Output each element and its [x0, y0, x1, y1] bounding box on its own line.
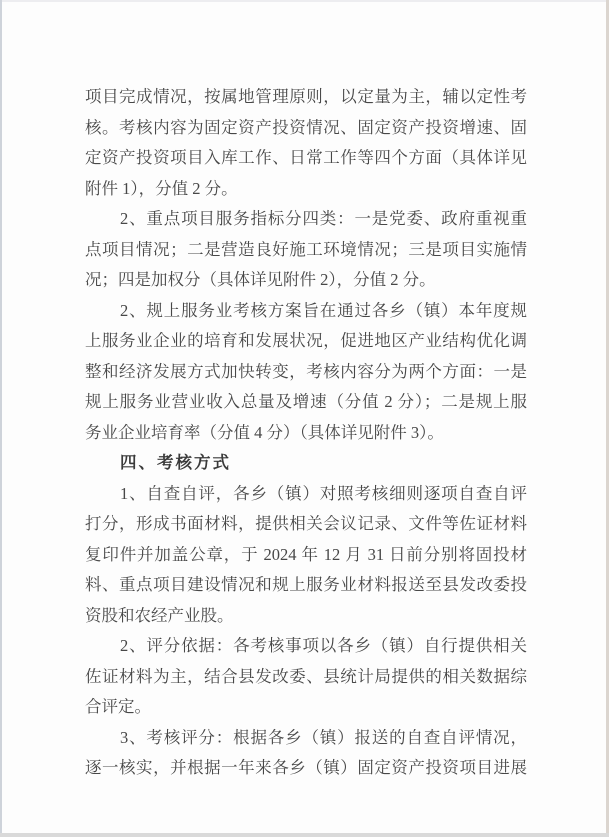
text-line: 定资产投资项目入库工作、日常工作等四个方面（具体详见 — [85, 143, 527, 174]
text-line: 合评定。 — [85, 692, 527, 723]
text-line: 整和经济发展方式加快转变，考核内容分为两个方面：一是 — [85, 357, 527, 388]
page-edge-bottom — [0, 833, 609, 837]
text-line: 2、评分依据：各考核事项以各乡（镇）自行提供相关 — [85, 631, 527, 662]
text-line: 点项目情况；二是营造良好施工环境情况；三是项目实施情 — [85, 235, 527, 266]
text-line: 2、重点项目服务指标分四类：一是党委、政府重视重 — [85, 204, 527, 235]
text-line: 料、重点项目建设情况和规上服务业材料报送至县发改委投 — [85, 570, 527, 601]
text-line: 况；四是加权分（具体详见附件 2），分值 2 分。 — [85, 265, 527, 296]
document-viewer: 项目完成情况，按属地管理原则，以定量为主，辅以定性考核。考核内容为固定资产投资情… — [0, 0, 609, 837]
text-line: 务业企业培育率（分值 4 分）（具体详见附件 3）。 — [85, 418, 527, 449]
text-line: 附件 1），分值 2 分。 — [85, 174, 527, 205]
page-content: 项目完成情况，按属地管理原则，以定量为主，辅以定性考核。考核内容为固定资产投资情… — [85, 82, 527, 784]
text-line: 项目完成情况，按属地管理原则，以定量为主，辅以定性考 — [85, 82, 527, 113]
page-edge-top — [0, 0, 609, 2]
text-line: 逐一核实，并根据一年来各乡（镇）固定资产投资项目进展 — [85, 753, 527, 784]
text-line: 规上服务业营业收入总量及增速（分值 2 分）；二是规上服 — [85, 387, 527, 418]
text-line: 1、自查自评，各乡（镇）对照考核细则逐项自查自评 — [85, 479, 527, 510]
section-heading: 四、考核方式 — [85, 448, 527, 479]
page-edge-left — [0, 0, 2, 837]
text-line: 佐证材料为主，结合县发改委、县统计局提供的相关数据综 — [85, 662, 527, 693]
text-line: 2、规上服务业考核方案旨在通过各乡（镇）本年度规 — [85, 296, 527, 327]
text-line: 核。考核内容为固定资产投资情况、固定资产投资增速、固 — [85, 113, 527, 144]
text-line: 打分，形成书面材料，提供相关会议记录、文件等佐证材料 — [85, 509, 527, 540]
text-line: 资股和农经产业股。 — [85, 601, 527, 632]
text-line: 3、考核评分：根据各乡（镇）报送的自查自评情况， — [85, 723, 527, 754]
text-line: 复印件并加盖公章，于 2024 年 12 月 31 日前分别将固投材 — [85, 540, 527, 571]
text-line: 上服务业企业的培育和发展状况，促进地区产业结构优化调 — [85, 326, 527, 357]
